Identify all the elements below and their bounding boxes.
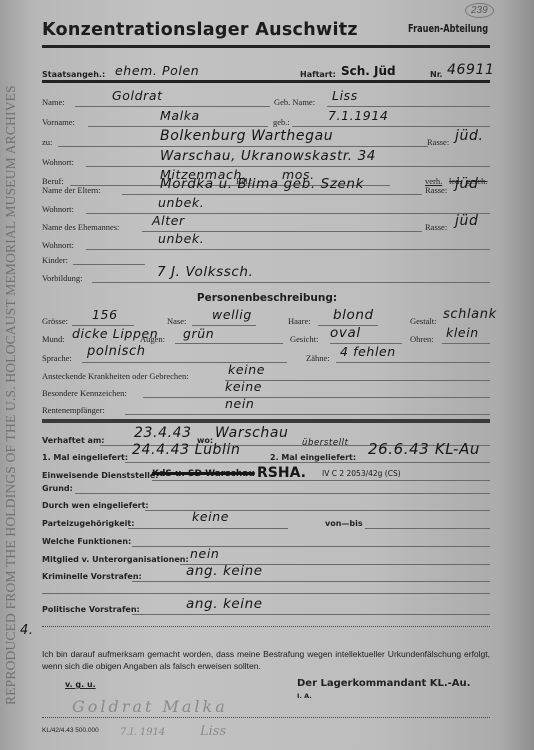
parents-residence-value: unbek. xyxy=(158,195,204,210)
born-line xyxy=(292,126,490,127)
build-label: Gestalt: xyxy=(410,316,436,326)
husband-label: Name des Ehemannes: xyxy=(42,222,119,232)
suborg-value: nein xyxy=(190,546,219,561)
name-value: Goldrat xyxy=(112,88,163,103)
pension-value: nein xyxy=(225,396,254,411)
place-line xyxy=(58,146,428,147)
eyes-value: grün xyxy=(183,326,214,341)
eyes-label: Augen: xyxy=(140,334,165,344)
suborg-label: Mitglied v. Unterorganisationen: xyxy=(42,555,189,564)
teeth-line xyxy=(336,362,490,363)
husband-residence-line xyxy=(86,249,490,250)
description-heading: Personenbeschreibung: xyxy=(0,292,534,304)
hair-value: blond xyxy=(333,307,374,323)
political-label: Politische Vorstrafen: xyxy=(42,605,140,614)
diseases-label: Ansteckende Krankheiten oder Gebrechen: xyxy=(42,371,189,381)
birth-name-label: Geb. Name: xyxy=(274,97,315,107)
parents-race-label: Rasse: xyxy=(425,185,447,195)
functions-label: Welche Funktionen: xyxy=(42,537,131,546)
political-value: ang. keine xyxy=(186,596,263,612)
marks-line xyxy=(143,397,490,398)
footer-dotted-rule-1 xyxy=(42,626,490,627)
first-admitted-line xyxy=(125,462,490,463)
husband-race-label: Rasse: xyxy=(425,222,447,232)
commandant-label: Der Lagerkommandant KL.-Au. xyxy=(297,678,470,689)
signature-date: 7.I. 1914 xyxy=(120,727,165,738)
header-rule xyxy=(42,45,490,48)
parents-residence-label: Wohnort: xyxy=(42,204,74,214)
education-line xyxy=(92,282,490,283)
transfer-note: überstellt xyxy=(302,438,349,448)
pension-line xyxy=(125,414,490,415)
number-label: Nr. xyxy=(430,70,443,79)
eyes-line xyxy=(175,343,283,344)
party-line xyxy=(128,528,288,529)
face-value: oval xyxy=(330,325,361,341)
office-struck: KdS u. SD Warschau xyxy=(152,469,255,479)
department-label: Frauen-Abteilung xyxy=(408,23,488,35)
second-admitted-label: 2. Mal eingeliefert: xyxy=(270,453,356,462)
delivered-by-label: Durch wen eingeliefert: xyxy=(42,501,149,510)
detention-type-label: Haftart: xyxy=(300,70,336,79)
mouth-label: Mund: xyxy=(42,334,65,344)
height-value: 156 xyxy=(92,307,118,322)
arrested-value: 23.4.43 xyxy=(134,425,192,441)
teeth-value: 4 fehlen xyxy=(340,344,396,359)
race-label: Rasse: xyxy=(427,137,449,147)
ears-label: Ohren: xyxy=(410,334,434,344)
race-value: jüd. xyxy=(455,128,484,144)
citizenship-value: ehem. Polen xyxy=(115,63,199,78)
marks-value: keine xyxy=(225,379,262,394)
criminal-line xyxy=(132,581,490,582)
section-rule xyxy=(42,419,490,423)
prisoner-number: 46911 xyxy=(447,62,495,78)
parents-race-value: jüd xyxy=(455,176,478,192)
top-row-rule xyxy=(42,80,490,83)
vgu-label: v. g. u. xyxy=(65,680,96,689)
signature-name: Liss xyxy=(200,724,226,739)
criminal-label: Kriminelle Vorstrafen: xyxy=(42,572,142,581)
pension-label: Rentenempfänger: xyxy=(42,405,105,415)
first-admitted-value: 24.4.43 Lublin xyxy=(132,442,241,458)
first-name-line xyxy=(88,126,268,127)
first-name-value: Malka xyxy=(160,108,200,123)
children-label: Kinder: xyxy=(42,255,68,265)
reason-label: Grund: xyxy=(42,484,73,493)
from-to-line xyxy=(365,528,490,529)
place-value: Bolkenburg Warthegau xyxy=(160,128,333,144)
where-value: Warschau xyxy=(215,425,289,441)
born-label: geb.: xyxy=(273,117,290,127)
ears-value: klein xyxy=(446,325,479,340)
office-value: RSHA. xyxy=(257,465,306,481)
education-label: Vorbildung: xyxy=(42,273,82,283)
second-admitted-value: 26.6.43 KL-Au xyxy=(368,440,480,458)
language-value: polnisch xyxy=(87,344,146,359)
functions-line xyxy=(132,546,490,547)
from-to-label: von—bis xyxy=(325,519,363,528)
first-name-label: Vorname: xyxy=(42,117,75,127)
parents-label: Name der Eltern: xyxy=(42,185,101,195)
build-value: schlank xyxy=(443,307,497,322)
hair-label: Haare: xyxy=(288,316,311,326)
office-reference: IV C 2 2053/42g (CS) xyxy=(322,469,401,478)
husband-race-value: jüd xyxy=(455,213,478,229)
office-line xyxy=(152,480,490,481)
born-value: 7.1.1914 xyxy=(328,108,388,123)
birth-name-value: Liss xyxy=(332,88,358,103)
blank-line xyxy=(42,593,490,594)
face-label: Gesicht: xyxy=(290,334,318,344)
party-label: Parteizugehörigkeit: xyxy=(42,519,134,528)
language-label: Sprache: xyxy=(42,353,72,363)
footer-dotted-rule-2 xyxy=(42,717,490,718)
margin-mark: 4. xyxy=(20,623,34,638)
arrested-label: Verhaftet am: xyxy=(42,436,105,445)
reason-line xyxy=(75,493,490,494)
name-line xyxy=(75,106,270,107)
marks-label: Besondere Kennzeichen: xyxy=(42,388,127,398)
archive-watermark: REPRODUCED FROM THE HOLDINGS OF THE U.S.… xyxy=(3,5,19,705)
form-code: KL/42/4.43 500.000 xyxy=(42,727,99,734)
residence-value: Warschau, Ukranowskastr. 34 xyxy=(160,148,376,164)
political-line xyxy=(132,614,490,615)
parents-residence-line xyxy=(86,213,490,214)
husband-residence-label: Wohnort: xyxy=(42,240,74,250)
diseases-value: keine xyxy=(228,362,265,377)
husband-value: Alter xyxy=(152,213,185,228)
education-value: 7 J. Volkssch. xyxy=(157,264,253,280)
office-label: Einweisende Dienststelle: xyxy=(42,471,159,480)
children-line xyxy=(73,264,145,265)
ia-label: I. A. xyxy=(297,692,312,700)
document-page: REPRODUCED FROM THE HOLDINGS OF THE U.S.… xyxy=(0,0,534,750)
first-admitted-label: 1. Mal eingeliefert: xyxy=(42,453,128,462)
parents-value: Mordka u. Blima geb. Szenk xyxy=(160,176,364,192)
prisoner-signature: Goldrat Malka xyxy=(72,697,228,716)
husband-residence-value: unbek. xyxy=(158,231,204,246)
nose-label: Nase: xyxy=(167,316,186,326)
birth-name-line xyxy=(327,106,490,107)
document-title: Konzentrationslager Auschwitz xyxy=(42,20,358,40)
party-value: keine xyxy=(192,509,229,524)
nose-value: wellig xyxy=(212,307,252,322)
archive-number: 239 xyxy=(465,3,494,18)
diseases-line xyxy=(225,380,490,381)
citizenship-label: Staatsangeh.: xyxy=(42,70,105,79)
place-label: zu: xyxy=(42,137,52,147)
detention-type-value: Sch. Jüd xyxy=(341,64,396,78)
declaration-statement: Ich bin darauf aufmerksam gemacht worden… xyxy=(42,648,490,672)
height-label: Grösse: xyxy=(42,316,68,326)
name-label: Name: xyxy=(42,97,65,107)
criminal-value: ang. keine xyxy=(186,563,263,579)
ears-line xyxy=(442,343,490,344)
residence-label: Wohnort: xyxy=(42,157,74,167)
teeth-label: Zähne: xyxy=(306,353,330,363)
